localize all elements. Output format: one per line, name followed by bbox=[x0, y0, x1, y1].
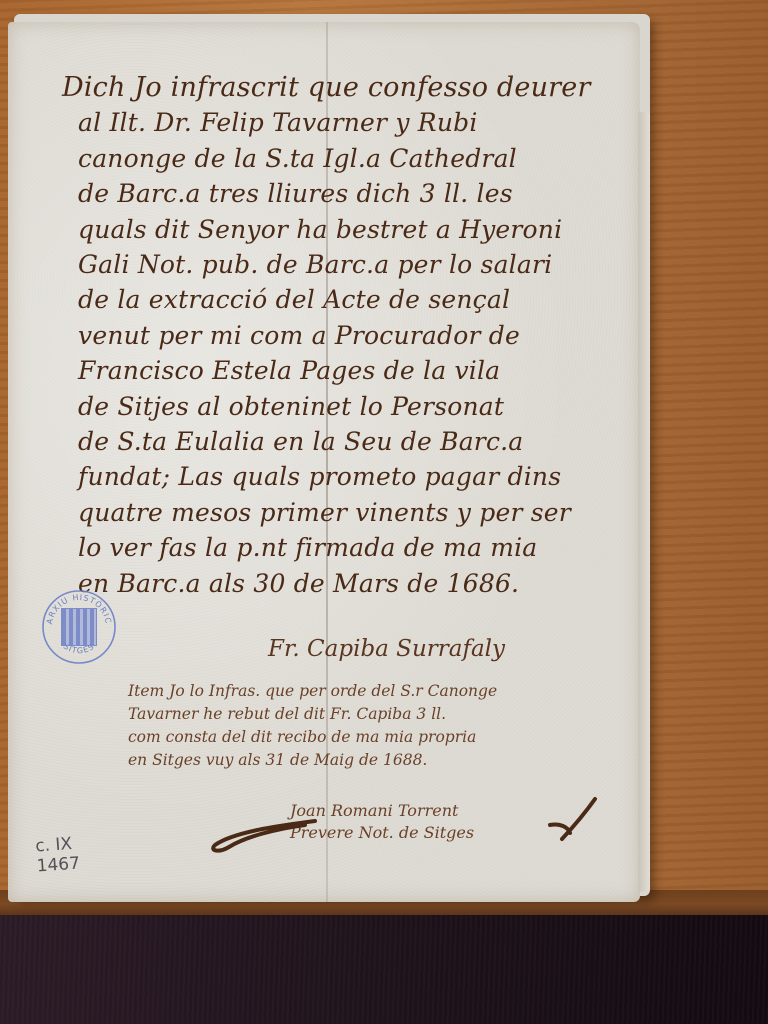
text-line: Francisco Estela Pages de la vila bbox=[62, 353, 622, 388]
note-line: Tavarner he rebut del dit Fr. Capiba 3 l… bbox=[128, 703, 628, 726]
archive-shelf-mark: c. IX 1467 bbox=[35, 834, 81, 877]
note-line: en Sitges vuy als 31 de Maig de 1688. bbox=[128, 749, 628, 772]
text-line: quatre mesos primer vinents y per ser bbox=[62, 495, 622, 530]
archive-stamp: ARXIU HISTÒRIC SITGES bbox=[40, 588, 118, 666]
text-line: Dich Jo infrascrit que confesso deurer bbox=[62, 70, 622, 105]
text-line: canonge de la S.ta Igl.a Cathedral bbox=[62, 141, 622, 176]
text-line: de Barc.a tres lliures dich 3 ll. les bbox=[62, 176, 622, 211]
signature-capiba: Fr. Capiba Surrafaly bbox=[268, 636, 505, 662]
text-line: al Ilt. Dr. Felip Tavarner y Rubi bbox=[62, 105, 622, 140]
page-edge bbox=[638, 112, 650, 892]
text-line: lo ver fas la p.nt firmada de ma mia bbox=[62, 530, 622, 565]
text-line: de Sitjes al obteninet lo Personat bbox=[62, 389, 622, 424]
shelf-mark-number: 1467 bbox=[36, 853, 81, 876]
signature-flourish-icon bbox=[205, 815, 325, 855]
signature-flourish-right-icon bbox=[540, 795, 600, 845]
text-line: de S.ta Eulalia en la Seu de Barc.a bbox=[62, 424, 622, 459]
text-line: venut per mi com a Procurador de bbox=[62, 318, 622, 353]
note-line: Item Jo lo Infras. que per orde del S.r … bbox=[128, 680, 628, 703]
text-line: fundat; Las quals prometo pagar dins bbox=[62, 459, 622, 494]
catalan-flag-shield-icon bbox=[61, 608, 97, 646]
dark-cloth bbox=[0, 915, 768, 1024]
text-line: en Barc.a als 30 de Mars de 1686. bbox=[62, 566, 622, 601]
receipt-note: Item Jo lo Infras. que per orde del S.r … bbox=[128, 680, 628, 772]
text-line: quals dit Senyor ha bestret a Hyeroni bbox=[62, 212, 622, 247]
text-line: de la extracció del Acte de sençal bbox=[62, 282, 622, 317]
note-line: com consta del dit recibo de ma mia prop… bbox=[128, 726, 628, 749]
text-line: Gali Not. pub. de Barc.a per lo salari bbox=[62, 247, 622, 282]
photo-scene: Dich Jo infrascrit que confesso deurer a… bbox=[0, 0, 768, 1024]
main-handwritten-text: Dich Jo infrascrit que confesso deurer a… bbox=[62, 70, 622, 601]
